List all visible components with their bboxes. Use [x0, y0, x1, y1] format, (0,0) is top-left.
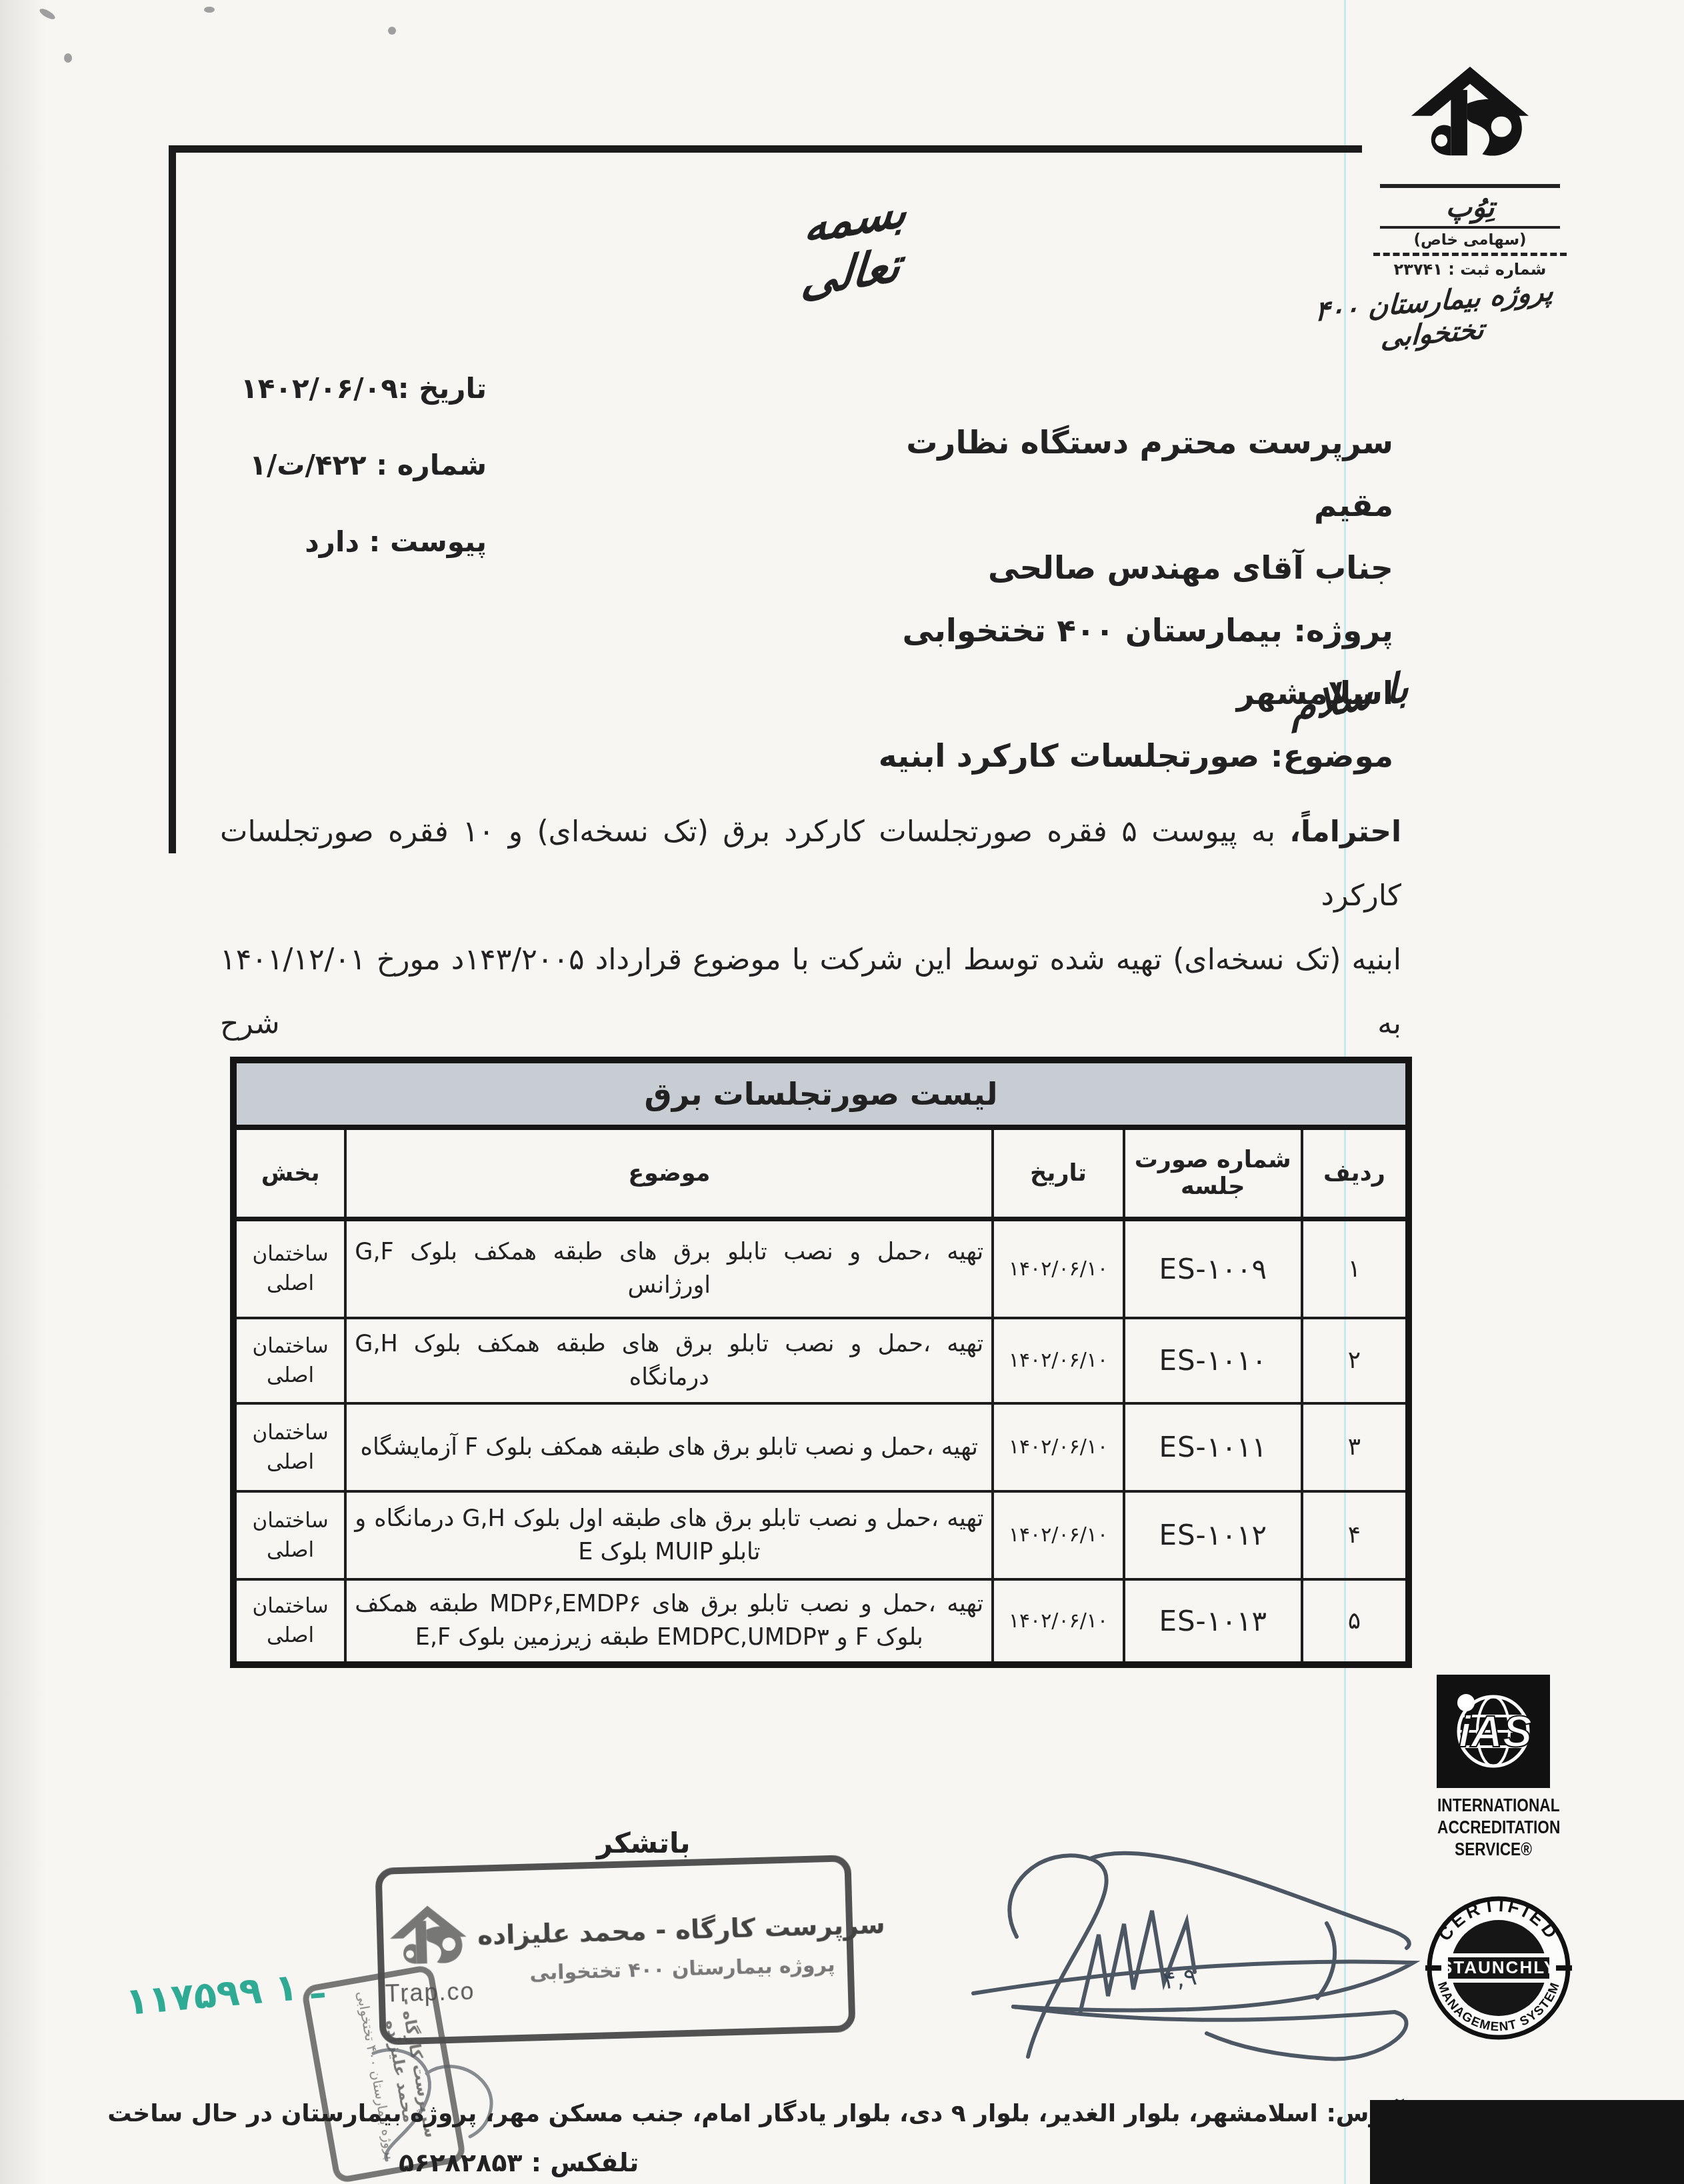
logo-divider	[1380, 226, 1560, 229]
company-type: (سهامی خاص)	[1353, 231, 1587, 249]
footer-telefax: تلفکس : ۵۶۲۸۲۸۵۳	[399, 2148, 639, 2177]
col-minutes-no: شماره صورت جلسه	[1124, 1127, 1302, 1219]
bismillah-calligraphy: بسمه تعالی	[743, 175, 963, 317]
cell-minutes-no: ES-۱۰۱۱	[1124, 1403, 1302, 1491]
scan-speck	[64, 53, 72, 63]
minutes-number: ES-۱۰۱۳	[1159, 1605, 1267, 1637]
thanks-note: باتشکر	[597, 1827, 691, 1859]
recipient-line-1: سرپرست محترم دستگاه نظارت مقیم	[830, 412, 1393, 537]
cell-section: ساختمان اصلی	[233, 1491, 345, 1579]
table-title-row: لیست صورتجلسات برق	[233, 1060, 1409, 1127]
cell-date: ۱۴۰۲/۰۶/۱۰	[993, 1318, 1123, 1403]
footer-address: آدرس: اسلامشهر، بلوار الغدیر، بلوار ۹ دی…	[400, 2100, 1403, 2127]
cell-date: ۱۴۰۲/۰۶/۱۰	[993, 1491, 1123, 1579]
table-title: لیست صورتجلسات برق	[233, 1060, 1409, 1127]
cell-row-no: ۵	[1302, 1579, 1409, 1665]
company-stamp: Trap.co سرپرست کارگاه - محمد علیزاده پرو…	[375, 1855, 855, 2045]
cell-section: ساختمان اصلی	[233, 1579, 345, 1665]
table-row: ۴ ES-۱۰۱۲ ۱۴۰۲/۰۶/۱۰ تهیه ،حمل و نصب تاب…	[233, 1491, 1409, 1579]
scan-black-corner	[1370, 2100, 1684, 2184]
body-line-2: ابنیه (تک نسخه‌ای) تهیه شده توسط این شرک…	[220, 928, 1401, 1056]
cell-subject: تهیه ،حمل و نصب تابلو برق های MDP۶,EMDP۶…	[345, 1579, 993, 1665]
col-date: تاریخ	[993, 1127, 1123, 1219]
scanned-letter-page: تِوُپ (سهامی خاص) شماره ثبت : ۲۳۷۴۱ پروژ…	[0, 0, 1684, 2184]
signature	[953, 1793, 1447, 2087]
cell-date: ۱۴۰۲/۰۶/۱۰	[993, 1579, 1123, 1665]
certified-stamp-icon: CERTIFIED STAUNCHLY MANAGEMENT SYSTEM	[1412, 1881, 1585, 2055]
frame-left-line	[169, 145, 176, 853]
ias-logo-icon: iAS	[1437, 1675, 1550, 1788]
cell-date: ۱۴۰۲/۰۶/۱۰	[993, 1403, 1123, 1491]
cell-row-no: ۲	[1302, 1318, 1409, 1403]
recipient-block: سرپرست محترم دستگاه نظارت مقیم جناب آقای…	[830, 412, 1393, 788]
signature-mark: ۴,۹	[1161, 1963, 1198, 1995]
meta-attachment: پیوست : دارد	[240, 525, 487, 558]
col-subject: موضوع	[345, 1127, 993, 1219]
letter-meta: تاریخ :۱۴۰۲/۰۶/۰۹ شماره : ۴۲۲/ت/۱ پیوست …	[240, 372, 487, 602]
cell-row-no: ۳	[1302, 1403, 1409, 1491]
minutes-table: لیست صورتجلسات برق ردیف شماره صورت جلسه …	[230, 1057, 1412, 1668]
cell-minutes-no: ES-۱۰۰۹	[1124, 1219, 1302, 1318]
logo-divider	[1380, 184, 1560, 188]
cell-row-no: ۱	[1302, 1219, 1409, 1318]
stamp-line-1: سرپرست کارگاه - محمد علیزاده	[477, 1910, 885, 1951]
cell-section: ساختمان اصلی	[233, 1219, 345, 1318]
ias-caption-line-2: ACCREDITATION	[1437, 1817, 1549, 1839]
ias-caption-line-1: INTERNATIONAL	[1437, 1795, 1549, 1817]
stamp-line-2: پروژه بیمارستان ۴۰۰ تختخوابی	[478, 1952, 887, 1987]
cell-section: ساختمان اصلی	[233, 1318, 345, 1403]
cell-subject: تهیه ،حمل و نصب تابلو برق های طبقه همکف …	[345, 1403, 993, 1491]
certified-center-text: STAUNCHLY	[1441, 1957, 1557, 1977]
reference-number-handwritten: ۱۱۷۵۹۹ ـ ۱	[124, 1963, 325, 2024]
cell-minutes-no: ES-۱۰۱۰	[1124, 1318, 1302, 1403]
meta-number: شماره : ۴۲۲/ت/۱	[240, 449, 487, 481]
table-row: ۲ ES-۱۰۱۰ ۱۴۰۲/۰۶/۱۰ تهیه ،حمل و نصب تاب…	[233, 1318, 1409, 1403]
ias-acronym: iAS	[1459, 1707, 1532, 1756]
stamp-house-logo-icon	[387, 1903, 469, 1979]
scan-speck	[388, 27, 396, 35]
cell-subject: تهیه ،حمل و نصب تابلو برق های طبقه همکف …	[345, 1219, 993, 1318]
project-caption: پروژه بیمارستان ۴۰۰ تختخوابی	[1259, 270, 1607, 365]
minutes-number: ES-۱۰۱۱	[1159, 1431, 1267, 1463]
frame-top-line	[169, 145, 1362, 153]
recipient-line-2: جناب آقای مهندس صالحی	[830, 537, 1393, 600]
company-name: تِوُپ	[1353, 191, 1587, 223]
cell-minutes-no: ES-۱۰۱۳	[1124, 1579, 1302, 1665]
cell-row-no: ۴	[1302, 1491, 1409, 1579]
table-row: ۵ ES-۱۰۱۳ ۱۴۰۲/۰۶/۱۰ تهیه ،حمل و نصب تاب…	[233, 1579, 1409, 1665]
ias-accreditation-block: iAS INTERNATIONAL ACCREDITATION SERVICE®	[1427, 1675, 1560, 1861]
col-row-no: ردیف	[1302, 1127, 1409, 1219]
col-section: بخش	[233, 1127, 345, 1219]
ias-caption-line-3: SERVICE®	[1437, 1839, 1549, 1861]
body-line-1: احتراماً، به پیوست ۵ فقره صورتجلسات کارک…	[220, 800, 1401, 928]
company-logo-block: تِوُپ (سهامی خاص) شماره ثبت : ۲۳۷۴۱	[1353, 64, 1587, 279]
body-line-1-rest: به پیوست ۵ فقره صورتجلسات کارکرد برق (تک…	[220, 815, 1401, 913]
meta-date: تاریخ :۱۴۰۲/۰۶/۰۹	[240, 372, 487, 405]
cell-subject: تهیه ،حمل و نصب تابلو برق های طبقه همکف …	[345, 1318, 993, 1403]
recipient-line-4: موضوع: صورتجلسات کارکرد ابنیه	[830, 725, 1393, 788]
cell-section: ساختمان اصلی	[233, 1403, 345, 1491]
minutes-number: ES-۱۰۱۰	[1159, 1344, 1267, 1377]
stamp-text-area: سرپرست کارگاه - محمد علیزاده پروژه بیمار…	[473, 1905, 893, 1990]
scan-edge-shadow	[0, 0, 47, 2184]
body-intro-word: احتراماً،	[1289, 815, 1401, 849]
house-logo-icon	[1407, 64, 1533, 179]
cell-date: ۱۴۰۲/۰۶/۱۰	[993, 1219, 1123, 1318]
minutes-number: ES-۱۰۰۹	[1159, 1253, 1267, 1285]
minutes-number: ES-۱۰۱۲	[1159, 1519, 1267, 1551]
cell-minutes-no: ES-۱۰۱۲	[1124, 1491, 1302, 1579]
cell-subject: تهیه ،حمل و نصب تابلو برق های طبقه اول ب…	[345, 1491, 993, 1579]
table-row: ۱ ES-۱۰۰۹ ۱۴۰۲/۰۶/۱۰ تهیه ،حمل و نصب تاب…	[233, 1219, 1409, 1318]
table-header-row: ردیف شماره صورت جلسه تاریخ موضوع بخش	[233, 1127, 1409, 1219]
scan-speck	[204, 7, 215, 13]
logo-divider-dashed	[1373, 253, 1567, 256]
table-row: ۳ ES-۱۰۱۱ ۱۴۰۲/۰۶/۱۰ تهیه ،حمل و نصب تاب…	[233, 1403, 1409, 1491]
